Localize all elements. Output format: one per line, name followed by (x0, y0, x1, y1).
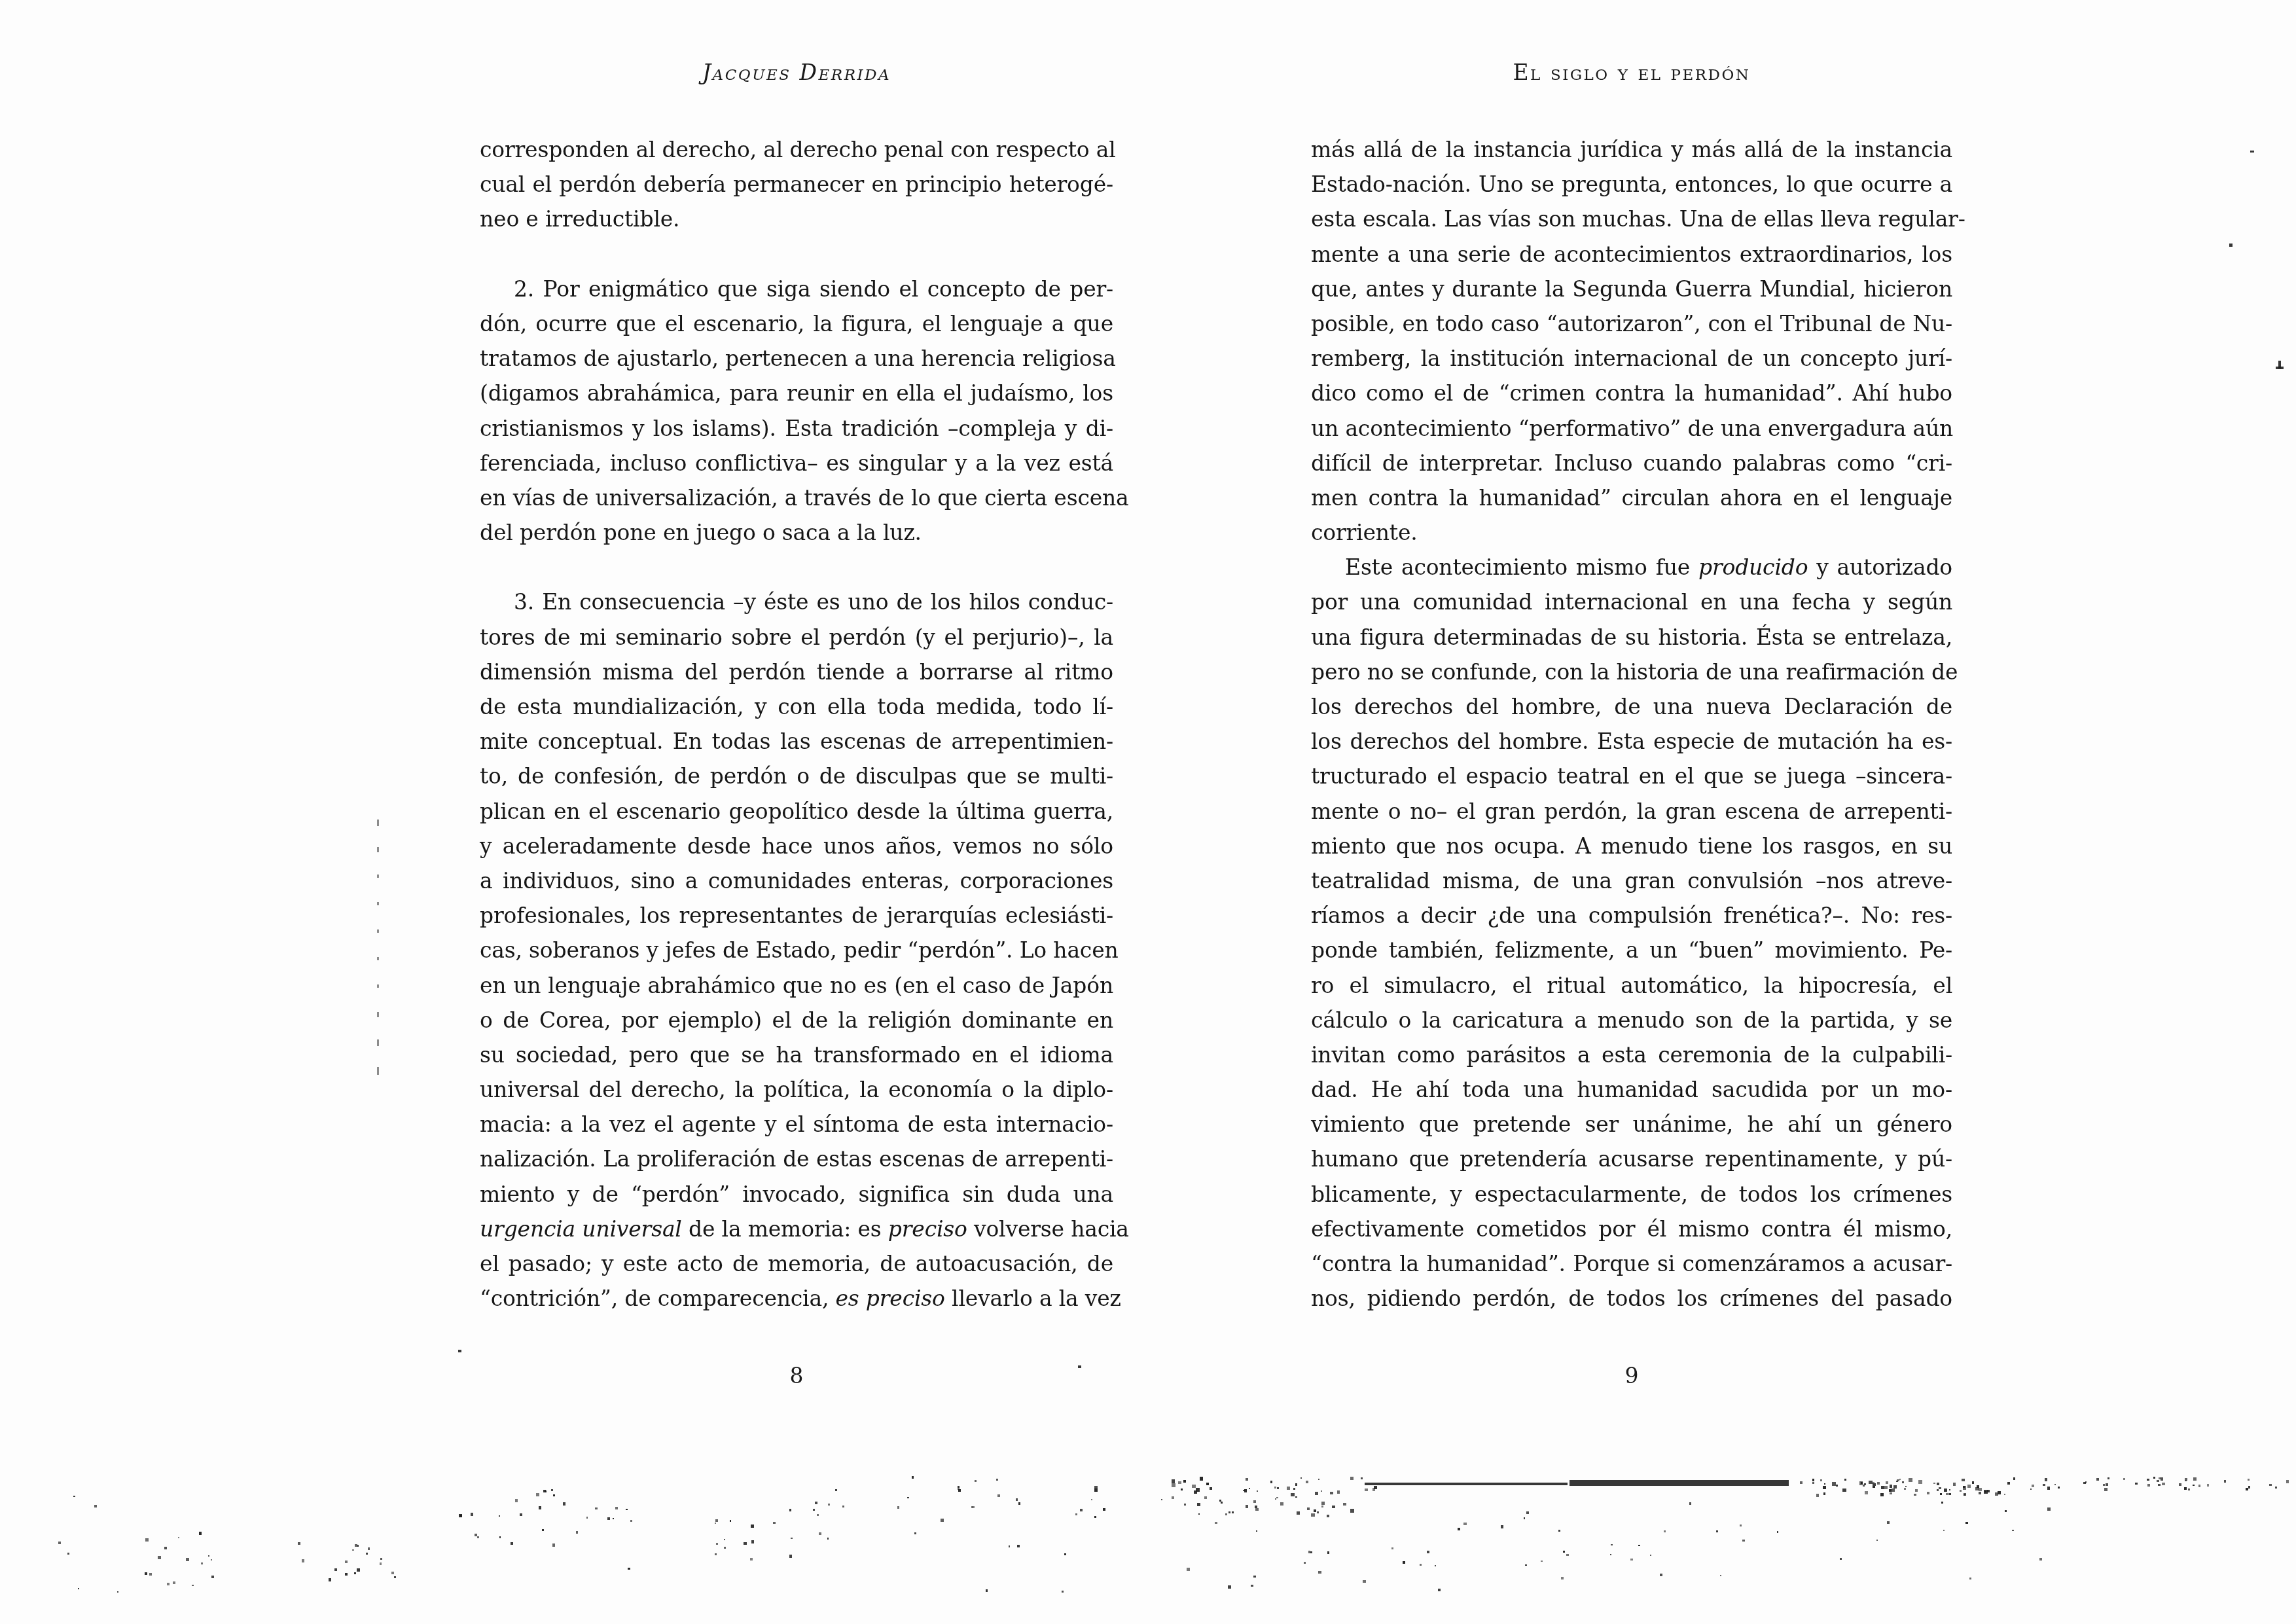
noise-speck (1937, 1483, 1939, 1485)
noise-speck (345, 1573, 348, 1576)
noise-speck (1948, 1493, 1950, 1495)
noise-speck (1876, 1540, 1878, 1541)
noise-speck (1689, 1502, 1691, 1504)
noise-speck (1720, 1575, 1721, 1576)
noise-speck (394, 1576, 396, 1578)
noise-speck (334, 1568, 337, 1571)
noise-speck (1215, 1522, 1217, 1524)
text-line: los derechos del hombre. Esta especie de… (1311, 724, 1952, 759)
noise-speck (1062, 1591, 1064, 1593)
noise-speck (2229, 244, 2233, 247)
noise-speck (2083, 1482, 2085, 1484)
noise-speck (1823, 1492, 1825, 1494)
text-line: dad. He ahí toda una humanidad sacudida … (1311, 1072, 1952, 1107)
text-line: dón, ocurre que el escenario, la figura,… (480, 306, 1113, 341)
noise-speck (2198, 1485, 2200, 1487)
noise-speck (458, 1350, 461, 1352)
noise-speck (1318, 1571, 1321, 1574)
noise-speck (1899, 1479, 1901, 1480)
noise-speck (117, 1591, 118, 1593)
noise-speck (751, 1540, 755, 1543)
noise-speck (1944, 1489, 1947, 1492)
noise-speck (1998, 1491, 2001, 1495)
text-line: miento que nos ocupa. A menudo tiene los… (1311, 829, 1952, 863)
noise-speck (1965, 1522, 1968, 1525)
noise-speck (145, 1538, 149, 1542)
noise-speck (459, 1514, 462, 1517)
left-page-text: corresponden al derecho, al derecho pena… (480, 132, 1113, 1316)
text-line: posible, en todo caso “autorizaron”, con… (1311, 306, 1952, 341)
noise-speck (1257, 1490, 1258, 1492)
text-line: neo e irreductible. (480, 202, 1113, 236)
noise-speck (2123, 1478, 2125, 1480)
noise-speck (1094, 1516, 1096, 1518)
noise-speck (1363, 1580, 1366, 1583)
noise-speck (1927, 1492, 1929, 1494)
noise-speck (1638, 1545, 1640, 1547)
noise-speck (2004, 1494, 2005, 1495)
text-line: cálculo o la caricatura a menudo son de … (1311, 1003, 1952, 1038)
text-line: tores de mi seminario sobre el perdón (y… (480, 620, 1113, 655)
noise-speck (1865, 1491, 1867, 1494)
noise-speck (1975, 1487, 1979, 1490)
noise-speck (1219, 1500, 1221, 1502)
noise-speck (1896, 1481, 1897, 1482)
noise-speck (2250, 151, 2254, 153)
noise-speck (1225, 1513, 1227, 1515)
noise-speck (607, 1517, 610, 1520)
noise-speck (986, 1589, 988, 1591)
noise-speck (1886, 1481, 1888, 1484)
noise-speck (716, 1543, 718, 1545)
noise-speck (298, 1542, 300, 1545)
text-line: mente a una serie de acontecimientos ext… (1311, 237, 1952, 272)
noise-speck (842, 1506, 844, 1507)
noise-speck (2224, 1480, 2226, 1482)
noise-speck (1274, 1487, 1276, 1489)
noise-speck (377, 1012, 379, 1017)
noise-speck (912, 1476, 914, 1479)
text-line: profesionales, los representantes de jer… (480, 898, 1113, 933)
noise-speck (1064, 1553, 1066, 1555)
noise-speck (724, 1539, 725, 1540)
text-line: Este acontecimiento mismo fue producido … (1311, 550, 1952, 585)
noise-speck (1526, 1511, 1529, 1514)
noise-speck (2013, 1477, 2015, 1479)
noise-speck (302, 1559, 304, 1562)
noise-speck (377, 847, 379, 852)
noise-speck (1953, 1483, 1956, 1486)
noise-speck (1940, 1493, 1941, 1494)
noise-speck (1398, 357, 1401, 359)
noise-speck (515, 1499, 518, 1502)
noise-speck (1840, 1558, 1842, 1560)
noise-speck (201, 1562, 203, 1564)
noise-speck (2043, 1484, 2045, 1487)
text-line: cristianismos y los islams). Esta tradic… (480, 411, 1113, 446)
noise-speck (1194, 1490, 1198, 1494)
noise-speck (352, 1549, 354, 1551)
noise-speck (907, 1497, 908, 1498)
noise-speck (813, 1509, 815, 1511)
noise-speck (750, 1558, 753, 1561)
noise-speck (1321, 1506, 1323, 1507)
text-line: cas, soberanos y jefes de Estado, pedir … (480, 933, 1113, 967)
noise-speck (1979, 1488, 1981, 1490)
noise-speck (520, 1513, 522, 1516)
noise-speck (817, 1514, 819, 1516)
noise-speck (553, 1494, 555, 1496)
book-scan: Jacques Derrida corresponden al derecho,… (0, 0, 2296, 1624)
noise-speck (1310, 1551, 1313, 1554)
right-page-text: más allá de la instancia jurídica y más … (1311, 132, 1952, 1316)
noise-speck (354, 1572, 356, 1574)
noise-speck (914, 1532, 916, 1534)
noise-speck (2108, 1477, 2109, 1479)
text-line: Estado-nación. Uno se pregunta, entonces… (1311, 167, 1952, 202)
noise-speck (1969, 1578, 1972, 1580)
noise-speck (975, 1480, 977, 1482)
noise-speck (377, 820, 379, 826)
text-line: a individuos, sino a comunidades enteras… (480, 863, 1113, 898)
noise-speck (1610, 1554, 1611, 1555)
noise-speck (1251, 1585, 1253, 1587)
text-line: men contra la humanidad” circulan ahora … (1311, 480, 1952, 515)
noise-speck (1463, 1523, 1467, 1526)
noise-speck (1887, 1521, 1890, 1524)
noise-speck (2103, 1484, 2105, 1486)
noise-speck (1869, 1481, 1872, 1484)
text-line: macia: a la vez el agente y el síntoma d… (480, 1107, 1113, 1142)
noise-speck (1246, 1505, 1248, 1507)
noise-speck (1864, 1483, 1866, 1485)
noise-speck (1889, 1489, 1892, 1492)
noise-speck (377, 902, 379, 905)
noise-speck (2159, 1477, 2161, 1479)
noise-speck (2269, 1484, 2271, 1486)
noise-speck (377, 929, 379, 933)
noise-speck (2104, 1488, 2108, 1491)
noise-speck (1249, 1488, 1250, 1489)
noise-speck (1350, 1509, 1354, 1513)
noise-speck (199, 1532, 202, 1535)
noise-speck (586, 1517, 588, 1519)
noise-speck (1960, 1490, 1962, 1492)
noise-speck (828, 1504, 830, 1506)
noise-speck (551, 1489, 553, 1491)
noise-speck (996, 1479, 998, 1481)
text-line: en un lenguaje abrahámico que no es (en … (480, 968, 1113, 1003)
noise-speck (1561, 1577, 1564, 1579)
text-line: los derechos del hombre, de una nueva De… (1311, 689, 1952, 724)
noise-speck (1187, 1568, 1190, 1571)
noise-speck (2045, 1478, 2047, 1481)
left-page: Jacques Derrida corresponden al derecho,… (480, 58, 1113, 1388)
noise-speck (1210, 1487, 1212, 1490)
noise-speck (1276, 1497, 1278, 1498)
noise-speck (1291, 1493, 1294, 1496)
text-line: corriente. (1311, 515, 1952, 550)
left-running-header: Jacques Derrida (480, 58, 1113, 88)
noise-speck (1184, 1504, 1186, 1506)
noise-speck (1321, 1490, 1322, 1492)
noise-speck (211, 1576, 214, 1578)
noise-speck (1297, 1511, 1300, 1515)
noise-speck (958, 1489, 961, 1492)
noise-speck (357, 1568, 360, 1572)
text-line: su sociedad, pero que se ha transformado… (480, 1038, 1113, 1072)
noise-speck (1836, 1485, 1839, 1487)
text-line: de esta mundialización, y con ella toda … (480, 689, 1113, 724)
noise-speck (1525, 1564, 1526, 1566)
noise-speck (357, 1545, 359, 1546)
noise-speck (1178, 1481, 1181, 1485)
blank-line (480, 237, 1113, 272)
blank-line (480, 550, 1113, 585)
noise-speck (1255, 1508, 1258, 1511)
noise-speck (724, 1547, 726, 1549)
noise-speck (576, 1531, 579, 1534)
noise-speck (208, 1555, 209, 1557)
noise-speck (1800, 1481, 1803, 1484)
noise-speck (789, 1509, 792, 1511)
noise-speck (511, 1542, 513, 1545)
noise-speck (595, 1507, 598, 1510)
noise-speck (1018, 1502, 1020, 1504)
text-line: urgencia universal de la memoria: es pre… (480, 1212, 1113, 1246)
noise-speck (2096, 1478, 2099, 1481)
noise-speck (1979, 1492, 1981, 1494)
noise-speck (2158, 1484, 2161, 1487)
noise-speck (1939, 1487, 1941, 1490)
noise-speck (1229, 1511, 1230, 1513)
noise-speck (1246, 1478, 1248, 1481)
noise-speck (1884, 1486, 1888, 1490)
noise-speck (1563, 1551, 1565, 1553)
noise-speck (1327, 1515, 1329, 1517)
noise-speck (2286, 1480, 2289, 1483)
noise-speck (1332, 1506, 1335, 1509)
noise-speck (1078, 1365, 1081, 1368)
noise-speck (1427, 1551, 1429, 1553)
text-line: pero no se confunde, con la historia de … (1311, 655, 1952, 689)
noise-speck (1918, 1480, 1922, 1484)
noise-speck (2248, 1486, 2250, 1488)
noise-speck (1343, 1503, 1346, 1506)
noise-speck (78, 1588, 79, 1589)
text-line: plican en el escenario geopolítico desde… (480, 794, 1113, 829)
text-line: “contra la humanidad”. Porque si comenzá… (1311, 1246, 1952, 1281)
noise-speck (773, 1522, 775, 1524)
noise-speck (2039, 1558, 2042, 1561)
noise-speck (1372, 1488, 1376, 1491)
text-line: que, antes y durante la Segunda Guerra M… (1311, 272, 1952, 306)
noise-speck (149, 1573, 152, 1576)
noise-speck (1304, 1562, 1306, 1564)
noise-speck (730, 1520, 732, 1522)
noise-speck (1824, 1483, 1825, 1485)
noise-speck (1570, 1480, 1789, 1486)
text-line: ríamos a decir ¿de una compulsión frenét… (1311, 898, 1952, 933)
noise-speck (1327, 1551, 1330, 1554)
noise-speck (628, 1568, 630, 1570)
noise-speck (2184, 1487, 2187, 1490)
noise-speck (1172, 1496, 1174, 1499)
noise-speck (1844, 1479, 1846, 1481)
noise-speck (1256, 1530, 1258, 1532)
noise-speck (1295, 1483, 1297, 1485)
noise-speck (1017, 1545, 1019, 1547)
noise-speck (1091, 1499, 1092, 1500)
noise-speck (1915, 1489, 1918, 1492)
noise-speck (1823, 1486, 1826, 1489)
text-line: en vías de universalización, a través de… (480, 480, 1113, 515)
noise-speck (2207, 1484, 2210, 1487)
noise-speck (477, 1536, 479, 1538)
noise-speck (2162, 1483, 2164, 1485)
noise-speck (186, 1558, 189, 1561)
noise-speck (499, 1515, 500, 1517)
noise-speck (1892, 1489, 1895, 1492)
text-line: 2. Por enigmático que siga siendo el con… (480, 272, 1113, 306)
noise-speck (1458, 1528, 1460, 1530)
noise-speck (2012, 1530, 2014, 1532)
text-line: invitan como parásitos a esta ceremonia … (1311, 1038, 1952, 1072)
noise-speck (1660, 1574, 1662, 1576)
noise-speck (377, 957, 379, 960)
noise-speck (751, 1525, 754, 1528)
noise-speck (1914, 1494, 1916, 1496)
text-line: mite conceptual. En todas las escenas de… (480, 724, 1113, 759)
noise-speck (1306, 1481, 1308, 1483)
text-line: ponde también, felizmente, a un “buen” m… (1311, 933, 1952, 967)
noise-speck (1350, 1477, 1354, 1480)
noise-speck (1161, 1499, 1162, 1500)
noise-speck (1904, 1488, 1906, 1490)
right-running-header: El siglo y el perdón (1311, 58, 1952, 88)
noise-speck (145, 1572, 147, 1575)
noise-speck (2032, 1485, 2034, 1487)
noise-speck (789, 1555, 793, 1558)
noise-speck (1300, 1477, 1302, 1479)
noise-speck (1365, 1489, 1368, 1492)
noise-speck (1253, 1500, 1256, 1503)
noise-speck (744, 1542, 747, 1545)
noise-speck (499, 1536, 501, 1538)
noise-speck (2030, 1489, 2032, 1490)
noise-speck (1232, 1511, 1234, 1513)
noise-speck (1881, 1486, 1884, 1489)
text-line: difícil de interpretar. Incluso cuando p… (1311, 446, 1952, 480)
noise-speck (329, 1578, 332, 1581)
noise-speck (1277, 1487, 1279, 1489)
text-line: humano que pretendería acusarse repentin… (1311, 1142, 1952, 1176)
noise-speck (997, 1494, 1000, 1497)
noise-speck (1314, 1509, 1316, 1512)
text-line: teatralidad misma, de una gran convulsió… (1311, 863, 1952, 898)
noise-speck (192, 1585, 193, 1586)
noise-speck (1902, 1481, 1904, 1483)
noise-speck (1716, 1530, 1718, 1532)
text-line: 3. En consecuencia –y éste es uno de los… (480, 585, 1113, 619)
noise-speck (1877, 1482, 1880, 1485)
noise-speck (1435, 1565, 1436, 1566)
noise-speck (2135, 1483, 2138, 1485)
noise-speck (368, 1547, 370, 1549)
noise-speck (377, 875, 379, 878)
noise-speck (1873, 1482, 1874, 1483)
noise-speck (1403, 1561, 1405, 1564)
noise-speck (1842, 1489, 1846, 1492)
noise-speck (1295, 1496, 1297, 1498)
text-line: dimensión misma del perdón tiende a borr… (480, 655, 1113, 689)
text-line: ferenciada, incluso conflictiva– es sing… (480, 446, 1113, 480)
noise-speck (1832, 1482, 1836, 1486)
noise-speck (1777, 1531, 1778, 1532)
noise-speck (941, 1519, 944, 1522)
noise-speck (73, 1496, 75, 1498)
noise-speck (1192, 1485, 1196, 1489)
noise-speck (1183, 1480, 1186, 1483)
noise-speck (542, 1529, 544, 1531)
noise-speck (1566, 1554, 1569, 1557)
noise-speck (1221, 1502, 1223, 1504)
noise-speck (626, 1509, 628, 1511)
text-line: cual el perdón debería permanecer en pri… (480, 167, 1113, 202)
noise-speck (1321, 1502, 1325, 1505)
noise-speck (715, 1553, 717, 1556)
noise-speck (1270, 1481, 1272, 1483)
noise-speck (377, 984, 379, 988)
noise-speck (1949, 1489, 1950, 1490)
noise-speck (377, 1039, 379, 1046)
noise-speck (1984, 1491, 1986, 1493)
text-line: tructurado el espacio teatral en el que … (1311, 759, 1952, 793)
text-line: un acontecimiento “performativo” de una … (1311, 411, 1952, 446)
noise-speck (471, 1513, 474, 1516)
noise-speck (1075, 1513, 1077, 1515)
noise-speck (2278, 361, 2281, 369)
text-line: ro el simulacro, el ritual automático, l… (1311, 968, 1952, 1003)
noise-speck (815, 1502, 817, 1504)
noise-speck (1963, 1486, 1966, 1489)
text-line: por una comunidad internacional en una f… (1311, 585, 1952, 619)
noise-speck (1816, 1494, 1819, 1496)
noise-speck (167, 1583, 170, 1585)
noise-speck (1391, 1547, 1393, 1549)
noise-speck (391, 1572, 394, 1574)
noise-speck (1293, 1488, 1295, 1490)
noise-speck (2007, 1482, 2010, 1485)
noise-speck (1243, 1490, 1244, 1491)
noise-speck (1200, 1477, 1203, 1480)
noise-speck (2058, 1487, 2060, 1489)
noise-speck (1501, 1525, 1504, 1528)
noise-speck (1524, 1517, 1526, 1519)
noise-speck (1558, 1530, 1560, 1532)
text-line: más allá de la instancia jurídica y más … (1311, 132, 1952, 167)
text-line: nalización. La proliferación de estas es… (480, 1142, 1113, 1176)
noise-speck (158, 1556, 161, 1559)
noise-speck (2147, 1484, 2150, 1487)
noise-speck (1253, 1576, 1255, 1578)
text-line: mente o no– el gran perdón, la gran esce… (1311, 794, 1952, 829)
noise-speck (543, 1490, 546, 1492)
noise-speck (791, 1538, 792, 1539)
noise-speck (2185, 1478, 2187, 1481)
noise-speck (563, 1502, 566, 1506)
noise-speck (1204, 1496, 1207, 1499)
